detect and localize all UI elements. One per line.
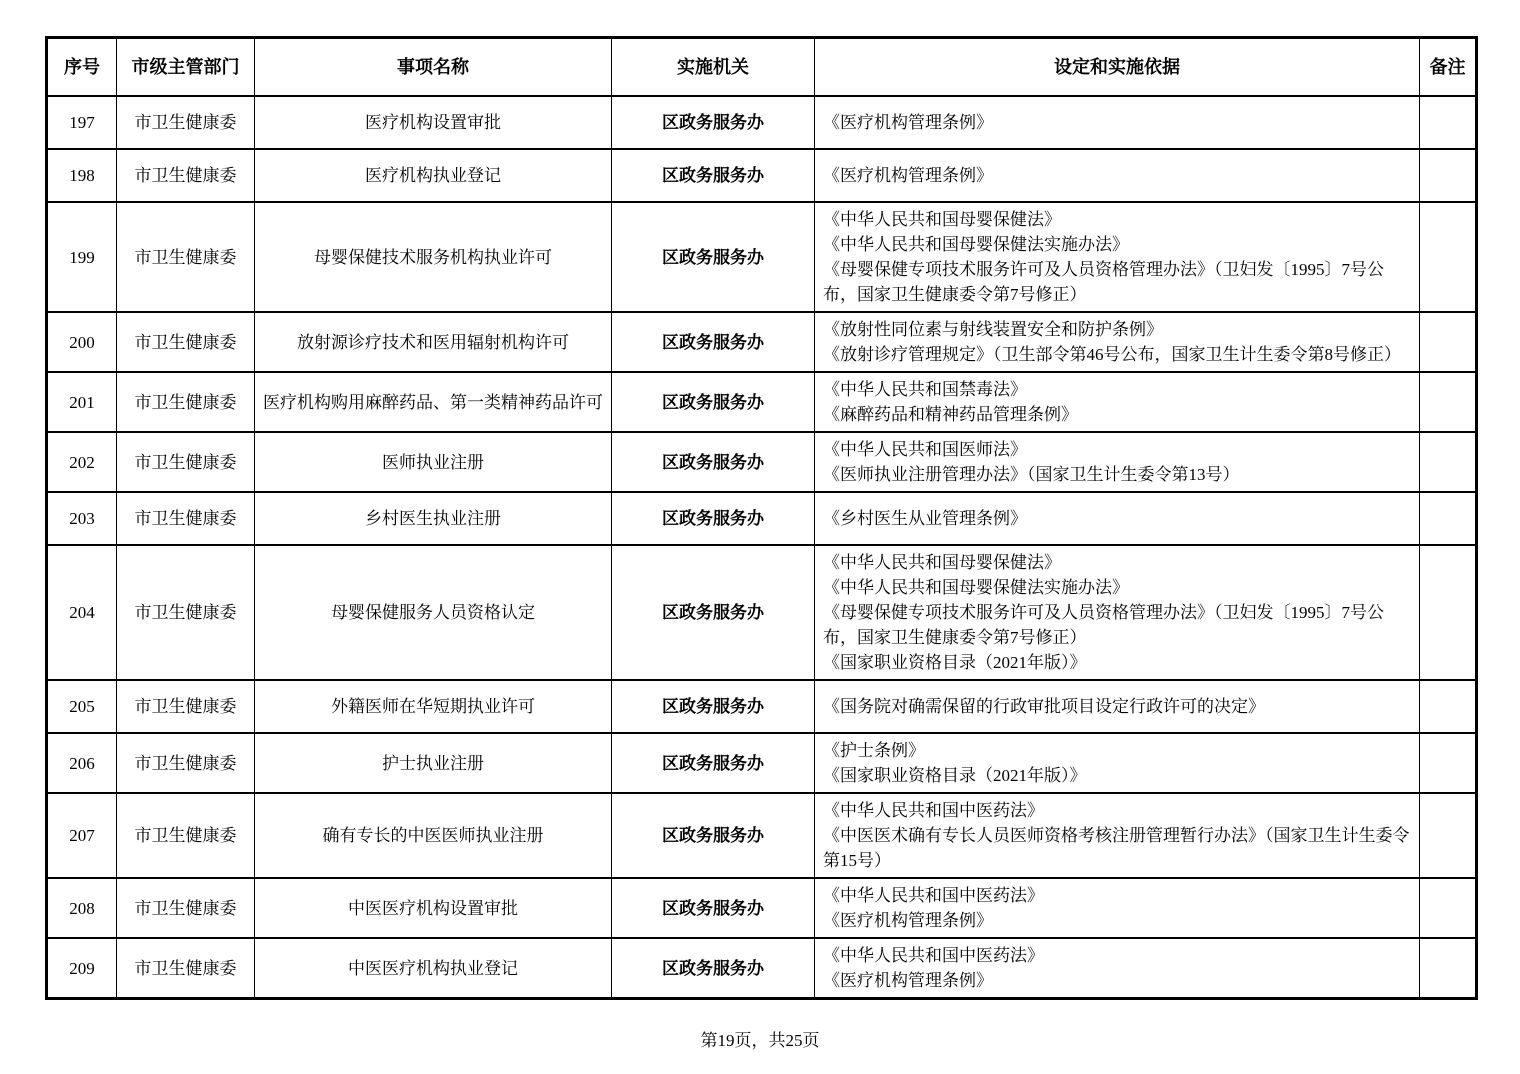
- cell-agency: 区政务服务办: [612, 202, 815, 312]
- cell-remark: [1420, 733, 1477, 793]
- cell-remark: [1420, 938, 1477, 999]
- cell-remark: [1420, 793, 1477, 878]
- col-header-item-name: 事项名称: [255, 38, 612, 97]
- basis-line: 《中华人民共和国母婴保健法》: [823, 550, 1411, 575]
- cell-item-name: 医疗机构购用麻醉药品、第一类精神药品许可: [255, 372, 612, 432]
- cell-index: 206: [47, 733, 117, 793]
- cell-item-name: 医师执业注册: [255, 432, 612, 492]
- table-row: 204 市卫生健康委 母婴保健服务人员资格认定 区政务服务办 《中华人民共和国母…: [47, 545, 1477, 680]
- cell-basis: 《中华人民共和国母婴保健法》《中华人民共和国母婴保健法实施办法》《母婴保健专项技…: [815, 545, 1420, 680]
- table-row: 205 市卫生健康委 外籍医师在华短期执业许可 区政务服务办 《国务院对确需保留…: [47, 680, 1477, 733]
- basis-line: 《医师执业注册管理办法》（国家卫生计生委令第13号）: [823, 462, 1411, 487]
- cell-item-name: 中医医疗机构设置审批: [255, 878, 612, 938]
- cell-department: 市卫生健康委: [117, 372, 255, 432]
- cell-item-name: 母婴保健技术服务机构执业许可: [255, 202, 612, 312]
- cell-agency: 区政务服务办: [612, 938, 815, 999]
- table-row: 199 市卫生健康委 母婴保健技术服务机构执业许可 区政务服务办 《中华人民共和…: [47, 202, 1477, 312]
- basis-line: 《国务院对确需保留的行政审批项目设定行政许可的决定》: [823, 694, 1411, 719]
- document-page: 序号 市级主管部门 事项名称 实施机关 设定和实施依据 备注 197 市卫生健康…: [0, 0, 1520, 1074]
- basis-line: 《中华人民共和国母婴保健法实施办法》: [823, 575, 1411, 600]
- cell-index: 198: [47, 149, 117, 202]
- table-row: 197 市卫生健康委 医疗机构设置审批 区政务服务办 《医疗机构管理条例》: [47, 96, 1477, 149]
- col-header-remark: 备注: [1420, 38, 1477, 97]
- cell-department: 市卫生健康委: [117, 545, 255, 680]
- col-header-basis: 设定和实施依据: [815, 38, 1420, 97]
- cell-department: 市卫生健康委: [117, 96, 255, 149]
- cell-department: 市卫生健康委: [117, 938, 255, 999]
- table-row: 208 市卫生健康委 中医医疗机构设置审批 区政务服务办 《中华人民共和国中医药…: [47, 878, 1477, 938]
- cell-item-name: 母婴保健服务人员资格认定: [255, 545, 612, 680]
- cell-department: 市卫生健康委: [117, 202, 255, 312]
- cell-index: 204: [47, 545, 117, 680]
- basis-line: 《麻醉药品和精神药品管理条例》: [823, 402, 1411, 427]
- approval-items-table: 序号 市级主管部门 事项名称 实施机关 设定和实施依据 备注 197 市卫生健康…: [45, 36, 1478, 1000]
- cell-index: 203: [47, 492, 117, 545]
- cell-agency: 区政务服务办: [612, 878, 815, 938]
- table-row: 203 市卫生健康委 乡村医生执业注册 区政务服务办 《乡村医生从业管理条例》: [47, 492, 1477, 545]
- cell-item-name: 外籍医师在华短期执业许可: [255, 680, 612, 733]
- cell-basis: 《乡村医生从业管理条例》: [815, 492, 1420, 545]
- cell-department: 市卫生健康委: [117, 680, 255, 733]
- cell-remark: [1420, 680, 1477, 733]
- basis-line: 《中华人民共和国医师法》: [823, 437, 1411, 462]
- basis-line: 《医疗机构管理条例》: [823, 908, 1411, 933]
- table-row: 209 市卫生健康委 中医医疗机构执业登记 区政务服务办 《中华人民共和国中医药…: [47, 938, 1477, 999]
- cell-basis: 《中华人民共和国中医药法》《中医医术确有专长人员医师资格考核注册管理暂行办法》（…: [815, 793, 1420, 878]
- cell-basis: 《中华人民共和国中医药法》《医疗机构管理条例》: [815, 878, 1420, 938]
- header-row: 序号 市级主管部门 事项名称 实施机关 设定和实施依据 备注: [47, 38, 1477, 97]
- cell-item-name: 医疗机构执业登记: [255, 149, 612, 202]
- cell-agency: 区政务服务办: [612, 545, 815, 680]
- cell-index: 205: [47, 680, 117, 733]
- cell-item-name: 医疗机构设置审批: [255, 96, 612, 149]
- cell-agency: 区政务服务办: [612, 312, 815, 372]
- cell-index: 202: [47, 432, 117, 492]
- cell-remark: [1420, 372, 1477, 432]
- basis-line: 《中医医术确有专长人员医师资格考核注册管理暂行办法》（国家卫生计生委令第15号）: [823, 823, 1411, 873]
- table-row: 200 市卫生健康委 放射源诊疗技术和医用辐射机构许可 区政务服务办 《放射性同…: [47, 312, 1477, 372]
- cell-agency: 区政务服务办: [612, 149, 815, 202]
- table-row: 201 市卫生健康委 医疗机构购用麻醉药品、第一类精神药品许可 区政务服务办 《…: [47, 372, 1477, 432]
- basis-line: 《放射性同位素与射线装置安全和防护条例》: [823, 317, 1411, 342]
- table-row: 198 市卫生健康委 医疗机构执业登记 区政务服务办 《医疗机构管理条例》: [47, 149, 1477, 202]
- cell-basis: 《国务院对确需保留的行政审批项目设定行政许可的决定》: [815, 680, 1420, 733]
- cell-department: 市卫生健康委: [117, 312, 255, 372]
- basis-line: 《护士条例》: [823, 738, 1411, 763]
- cell-index: 199: [47, 202, 117, 312]
- cell-department: 市卫生健康委: [117, 492, 255, 545]
- cell-index: 200: [47, 312, 117, 372]
- cell-basis: 《中华人民共和国母婴保健法》《中华人民共和国母婴保健法实施办法》《母婴保健专项技…: [815, 202, 1420, 312]
- table-row: 207 市卫生健康委 确有专长的中医医师执业注册 区政务服务办 《中华人民共和国…: [47, 793, 1477, 878]
- cell-basis: 《中华人民共和国禁毒法》《麻醉药品和精神药品管理条例》: [815, 372, 1420, 432]
- cell-remark: [1420, 149, 1477, 202]
- cell-department: 市卫生健康委: [117, 733, 255, 793]
- cell-basis: 《放射性同位素与射线装置安全和防护条例》《放射诊疗管理规定》（卫生部令第46号公…: [815, 312, 1420, 372]
- cell-remark: [1420, 878, 1477, 938]
- table-row: 202 市卫生健康委 医师执业注册 区政务服务办 《中华人民共和国医师法》《医师…: [47, 432, 1477, 492]
- cell-agency: 区政务服务办: [612, 96, 815, 149]
- table-row: 206 市卫生健康委 护士执业注册 区政务服务办 《护士条例》《国家职业资格目录…: [47, 733, 1477, 793]
- cell-remark: [1420, 96, 1477, 149]
- cell-department: 市卫生健康委: [117, 793, 255, 878]
- cell-basis: 《护士条例》《国家职业资格目录（2021年版）》: [815, 733, 1420, 793]
- cell-item-name: 护士执业注册: [255, 733, 612, 793]
- cell-basis: 《中华人民共和国医师法》《医师执业注册管理办法》（国家卫生计生委令第13号）: [815, 432, 1420, 492]
- basis-line: 《母婴保健专项技术服务许可及人员资格管理办法》（卫妇发〔1995〕7号公布，国家…: [823, 600, 1411, 650]
- cell-basis: 《医疗机构管理条例》: [815, 96, 1420, 149]
- basis-line: 《医疗机构管理条例》: [823, 968, 1411, 993]
- basis-line: 《医疗机构管理条例》: [823, 163, 1411, 188]
- cell-item-name: 乡村医生执业注册: [255, 492, 612, 545]
- cell-remark: [1420, 545, 1477, 680]
- cell-basis: 《医疗机构管理条例》: [815, 149, 1420, 202]
- col-header-department: 市级主管部门: [117, 38, 255, 97]
- col-header-agency: 实施机关: [612, 38, 815, 97]
- cell-index: 207: [47, 793, 117, 878]
- basis-line: 《国家职业资格目录（2021年版）》: [823, 650, 1411, 675]
- cell-agency: 区政务服务办: [612, 492, 815, 545]
- cell-agency: 区政务服务办: [612, 432, 815, 492]
- cell-item-name: 确有专长的中医医师执业注册: [255, 793, 612, 878]
- cell-remark: [1420, 202, 1477, 312]
- cell-basis: 《中华人民共和国中医药法》《医疗机构管理条例》: [815, 938, 1420, 999]
- page-footer: 第19页，共25页: [0, 1026, 1520, 1051]
- basis-line: 《中华人民共和国母婴保健法》: [823, 207, 1411, 232]
- cell-index: 197: [47, 96, 117, 149]
- basis-line: 《医疗机构管理条例》: [823, 110, 1411, 135]
- page-indicator: 第19页，共25页: [701, 1031, 820, 1050]
- basis-line: 《乡村医生从业管理条例》: [823, 506, 1411, 531]
- cell-agency: 区政务服务办: [612, 793, 815, 878]
- cell-department: 市卫生健康委: [117, 432, 255, 492]
- cell-agency: 区政务服务办: [612, 733, 815, 793]
- cell-department: 市卫生健康委: [117, 149, 255, 202]
- table-body: 197 市卫生健康委 医疗机构设置审批 区政务服务办 《医疗机构管理条例》 19…: [47, 96, 1477, 999]
- basis-line: 《中华人民共和国母婴保健法实施办法》: [823, 232, 1411, 257]
- cell-remark: [1420, 492, 1477, 545]
- cell-remark: [1420, 432, 1477, 492]
- cell-department: 市卫生健康委: [117, 878, 255, 938]
- cell-agency: 区政务服务办: [612, 680, 815, 733]
- basis-line: 《中华人民共和国中医药法》: [823, 798, 1411, 823]
- col-header-index: 序号: [47, 38, 117, 97]
- basis-line: 《放射诊疗管理规定》（卫生部令第46号公布，国家卫生计生委令第8号修正）: [823, 342, 1411, 367]
- basis-line: 《中华人民共和国中医药法》: [823, 883, 1411, 908]
- basis-line: 《中华人民共和国禁毒法》: [823, 377, 1411, 402]
- cell-remark: [1420, 312, 1477, 372]
- cell-index: 201: [47, 372, 117, 432]
- cell-item-name: 中医医疗机构执业登记: [255, 938, 612, 999]
- cell-item-name: 放射源诊疗技术和医用辐射机构许可: [255, 312, 612, 372]
- basis-line: 《母婴保健专项技术服务许可及人员资格管理办法》（卫妇发〔1995〕7号公布，国家…: [823, 257, 1411, 307]
- cell-agency: 区政务服务办: [612, 372, 815, 432]
- basis-line: 《中华人民共和国中医药法》: [823, 943, 1411, 968]
- cell-index: 208: [47, 878, 117, 938]
- basis-line: 《国家职业资格目录（2021年版）》: [823, 763, 1411, 788]
- cell-index: 209: [47, 938, 117, 999]
